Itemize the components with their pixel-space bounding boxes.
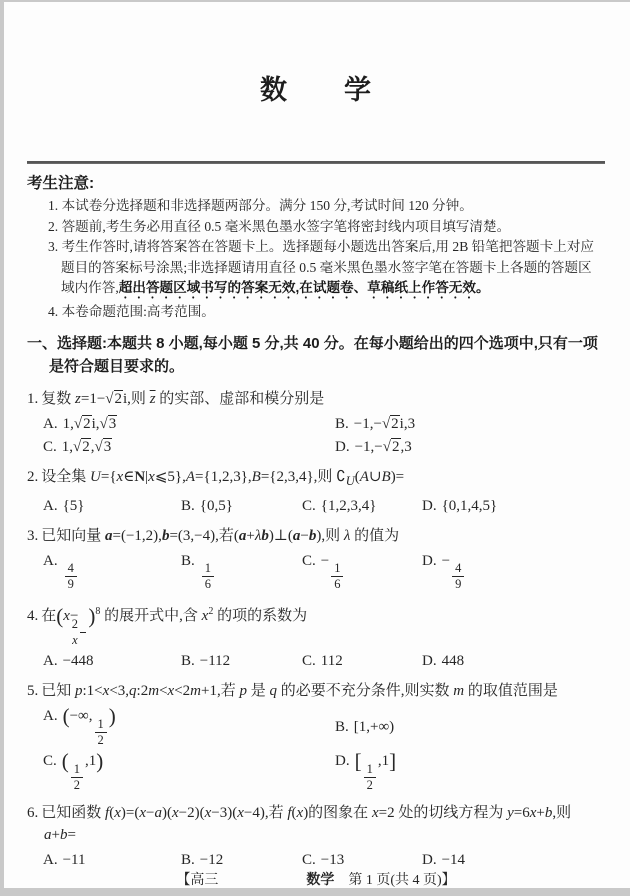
question-6-text: 已知函数 f(x)=(x−a)(x−2)(x−3)(x−4),若 f(x)的图象… xyxy=(41,805,571,843)
option-value: {0,5} xyxy=(200,498,233,514)
question-3-stem: 3.已知向量 a=(−1,2),b=(3,−4),若(a+λb)⊥(a−b),则… xyxy=(27,525,605,547)
question-2-number: 2. xyxy=(27,469,38,485)
option-label: A. xyxy=(43,553,58,569)
option-value: −16 xyxy=(321,553,346,569)
option-value: −1,−√2i,3 xyxy=(354,415,415,432)
question-3-option-b: B.16 xyxy=(181,553,302,592)
question-1-text: 复数 z=1−√2i,则 z 的实部、虚部和模分别是 xyxy=(41,390,324,407)
option-value: (12,1) xyxy=(62,753,104,769)
option-value: −11 xyxy=(63,852,86,868)
option-value: [1,+∞) xyxy=(354,719,394,735)
question-1: 1.复数 z=1−√2i,则 z 的实部、虚部和模分别是 A.1,√2i,√3 … xyxy=(27,388,605,456)
question-5-stem: 5.已知 p:1<x<3,q:2m<x<2m+1,若 p 是 q 的必要不充分条… xyxy=(27,680,605,702)
question-5-option-d: D.[12,1] xyxy=(335,753,605,792)
option-value: −14 xyxy=(442,852,465,868)
question-4-option-c: C.112 xyxy=(302,653,422,670)
question-6-option-a: A.−11 xyxy=(43,852,181,869)
notice-item-2: 2. 答题前,考生务必用直径 0.5 毫米黑色墨水签字笔将密封线内项目填写清楚。 xyxy=(27,217,605,238)
footer-page-info: 第 1 页(共 4 页)】 xyxy=(348,873,455,888)
question-4-option-b: B.−112 xyxy=(181,653,302,670)
question-6-number: 6. xyxy=(27,805,38,821)
question-6-options: A.−11 B.−12 C.−13 D.−14 xyxy=(43,852,605,869)
option-label: D. xyxy=(335,439,350,455)
option-label: D. xyxy=(422,498,437,514)
question-4-number: 4. xyxy=(27,608,38,624)
option-label: D. xyxy=(422,852,437,868)
option-value: 16 xyxy=(200,553,216,569)
option-label: C. xyxy=(302,852,316,868)
question-4-stem: 4.在(x−2x)8 的展开式中,含 x2 的项的系数为 xyxy=(27,601,605,647)
question-3-options: A.49 B.16 C.−16 D.−49 xyxy=(43,553,605,592)
option-value: {5} xyxy=(63,498,85,514)
notice-heading: 考生注意: xyxy=(27,171,605,193)
question-4-text: 在(x−2x)8 的展开式中,含 x2 的项的系数为 xyxy=(41,608,307,624)
option-value: −1,−√2,3 xyxy=(355,438,412,455)
double-rule-divider xyxy=(27,161,605,164)
option-value: 49 xyxy=(63,553,79,569)
question-5-option-c: C.(12,1) xyxy=(43,753,335,792)
question-5: 5.已知 p:1<x<3,q:2m<x<2m+1,若 p 是 q 的必要不充分条… xyxy=(27,680,605,792)
page-footer: 【高三数学第 1 页(共 4 页)】 xyxy=(27,869,605,889)
question-1-option-c: C.1,√2,√3 xyxy=(43,439,335,456)
option-value: 112 xyxy=(321,653,343,669)
question-1-option-b: B.−1,−√2i,3 xyxy=(335,416,605,433)
option-label: A. xyxy=(43,416,58,432)
option-label: D. xyxy=(422,653,437,669)
question-1-option-d: D.−1,−√2,3 xyxy=(335,439,605,456)
option-value: [12,1] xyxy=(355,753,397,769)
option-value: {0,1,4,5} xyxy=(442,498,498,514)
option-label: C. xyxy=(302,498,316,514)
question-5-option-b: B.[1,+∞) xyxy=(335,719,605,736)
question-6-option-c: C.−13 xyxy=(302,852,422,869)
question-2-option-b: B.{0,5} xyxy=(181,498,302,515)
question-5-number: 5. xyxy=(27,683,38,699)
question-4-option-a: A.−448 xyxy=(43,653,181,670)
option-label: C. xyxy=(302,553,316,569)
exam-page: 数 学 考生注意: 1. 本试卷分选择题和非选择题两部分。满分 150 分,考试… xyxy=(4,2,630,888)
question-3-text: 已知向量 a=(−1,2),b=(3,−4),若(a+λb)⊥(a−b),则 λ… xyxy=(41,528,399,544)
question-2-text: 设全集 U={x∈N|x⩽5},A={1,2,3},B={2,3,4},则 ∁U… xyxy=(41,469,404,485)
exam-title: 数 学 xyxy=(27,68,605,107)
question-2-option-d: D.{0,1,4,5} xyxy=(422,498,605,515)
option-value: −49 xyxy=(442,553,467,569)
option-value: (−∞,12) xyxy=(63,708,116,724)
question-1-stem: 1.复数 z=1−√2i,则 z 的实部、虚部和模分别是 xyxy=(27,388,605,410)
question-5-text: 已知 p:1<x<3,q:2m<x<2m+1,若 p 是 q 的必要不充分条件,… xyxy=(41,683,558,699)
question-5-option-a: A.(−∞,12) xyxy=(43,708,335,747)
option-value: −112 xyxy=(200,653,230,669)
option-label: A. xyxy=(43,498,58,514)
option-value: −12 xyxy=(200,852,223,868)
question-1-options: A.1,√2i,√3 B.−1,−√2i,3 C.1,√2,√3 D.−1,−√… xyxy=(43,416,605,456)
option-label: A. xyxy=(43,653,58,669)
question-3-option-d: D.−49 xyxy=(422,553,605,592)
question-2-stem: 2.设全集 U={x∈N|x⩽5},A={1,2,3},B={2,3,4},则 … xyxy=(27,466,605,492)
question-2-options: A.{5} B.{0,5} C.{1,2,3,4} D.{0,1,4,5} xyxy=(43,498,605,515)
option-label: B. xyxy=(335,416,349,432)
question-4-option-d: D.448 xyxy=(422,653,605,670)
footer-grade: 【高三 xyxy=(176,873,218,888)
option-value: 448 xyxy=(442,653,465,669)
question-4: 4.在(x−2x)8 的展开式中,含 x2 的项的系数为 A.−448 B.−1… xyxy=(27,601,605,670)
option-label: C. xyxy=(302,653,316,669)
question-6-option-b: B.−12 xyxy=(181,852,302,869)
option-label: D. xyxy=(335,753,350,769)
option-value: {1,2,3,4} xyxy=(321,498,377,514)
notice-item-4: 4. 本卷命题范围:高考范围。 xyxy=(27,302,605,323)
question-3: 3.已知向量 a=(−1,2),b=(3,−4),若(a+λb)⊥(a−b),则… xyxy=(27,525,605,592)
question-1-option-a: A.1,√2i,√3 xyxy=(43,416,335,433)
question-6: 6.已知函数 f(x)=(x−a)(x−2)(x−3)(x−4),若 f(x)的… xyxy=(27,802,605,869)
footer-subject: 数学 xyxy=(306,871,334,887)
question-6-stem: 6.已知函数 f(x)=(x−a)(x−2)(x−3)(x−4),若 f(x)的… xyxy=(27,802,605,846)
question-4-options: A.−448 B.−112 C.112 D.448 xyxy=(43,653,605,670)
notice-item-1: 1. 本试卷分选择题和非选择题两部分。满分 150 分,考试时间 120 分钟。 xyxy=(27,196,605,217)
section-heading: 一、选择题:本题共 8 小题,每小题 5 分,共 40 分。在每小题给出的四个选… xyxy=(27,332,605,378)
option-value: 1,√2,√3 xyxy=(62,438,112,455)
notice-item-3: 3. 考生作答时,请将答案答在答题卡上。选择题每小题选出答案后,用 2B 铅笔把… xyxy=(27,237,605,302)
question-3-option-a: A.49 xyxy=(43,553,181,592)
option-label: B. xyxy=(335,719,349,735)
option-label: D. xyxy=(422,553,437,569)
option-label: A. xyxy=(43,852,58,868)
option-label: B. xyxy=(181,852,195,868)
question-2: 2.设全集 U={x∈N|x⩽5},A={1,2,3},B={2,3,4},则 … xyxy=(27,466,605,515)
question-2-option-a: A.{5} xyxy=(43,498,181,515)
question-3-option-c: C.−16 xyxy=(302,553,422,592)
option-value: −448 xyxy=(63,653,94,669)
option-label: B. xyxy=(181,553,195,569)
notice-list: 1. 本试卷分选择题和非选择题两部分。满分 150 分,考试时间 120 分钟。… xyxy=(27,196,605,323)
option-label: C. xyxy=(43,753,57,769)
option-label: C. xyxy=(43,439,57,455)
option-value: −13 xyxy=(321,852,344,868)
question-6-option-d: D.−14 xyxy=(422,852,605,869)
question-5-options: A.(−∞,12) B.[1,+∞) C.(12,1) D.[12,1] xyxy=(43,708,605,792)
question-2-option-c: C.{1,2,3,4} xyxy=(302,498,422,515)
question-3-number: 3. xyxy=(27,528,38,544)
option-value: 1,√2i,√3 xyxy=(63,415,118,432)
option-label: B. xyxy=(181,498,195,514)
option-label: B. xyxy=(181,653,195,669)
option-label: A. xyxy=(43,708,58,724)
question-1-number: 1. xyxy=(27,391,38,407)
